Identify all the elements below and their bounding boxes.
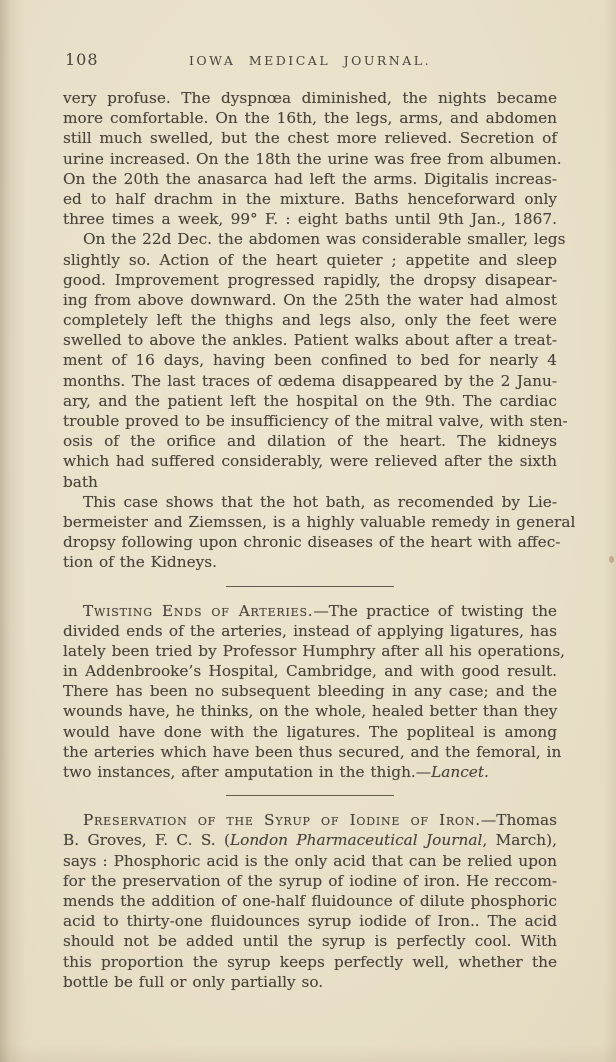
citation-italic: London Pharmaceutical Journal [230,831,482,849]
paragraph: Preservation of the Syrup of Iodine of I… [63,810,557,992]
section-divider [226,586,394,587]
text-line: this proportion the syrup keeps perfectl… [63,952,557,972]
text-line: the arteries which have been thus secure… [63,742,557,762]
article-lead-in: Twisting Ends of Arteries. [83,602,313,620]
citation-italic: Lancet. [431,763,489,781]
paragraph: On the 22d Dec. the abdomen was consider… [63,229,557,491]
text-line: bottle be full or only partially so. [63,972,557,992]
article-body: very profuse. The dyspnœa diminished, th… [63,88,557,992]
text-line: urine increased. On the 18th the urine w… [63,149,557,169]
text-line: very profuse. The dyspnœa diminished, th… [63,88,557,108]
text-line: two instances, after amputation in the t… [63,762,557,782]
article-lead-in: Preservation of the Syrup of Iodine of I… [83,811,481,829]
text-line: There has been no subsequent bleeding in… [63,681,557,701]
text-line: for the preservation of the syrup of iod… [63,871,557,891]
journal-running-title: IOWA MEDICAL JOURNAL. [63,53,557,68]
text-segment: —Thomas [481,811,557,829]
text-line: still much swelled, but the chest more r… [63,128,557,148]
text-line: ed to half drachm in the mixture. Baths … [63,189,557,209]
text-line: On the 20th the anasarca had left the ar… [63,169,557,189]
text-line: wounds have, he thinks, on the whole, he… [63,701,557,721]
text-line: trouble proved to be insufficiency of th… [63,411,557,431]
text-line: This case shows that the hot bath, as re… [63,492,557,512]
text-line: which had suffered considerably, were re… [63,451,557,471]
text-segment: B. Groves, F. C. S. ( [63,831,230,849]
text-line: ary, and the patient left the hospital o… [63,391,557,411]
text-line: Twisting Ends of Arteries.—The practice … [63,601,557,621]
text-line: lately been tried by Professor Humphry a… [63,641,557,661]
text-line: dropsy following upon chronic diseases o… [63,532,557,552]
page-header: 108 IOWA MEDICAL JOURNAL. [63,50,557,72]
text-segment: two instances, after amputation in the t… [63,763,431,781]
text-line: acid to thirty-one fluidounces syrup iod… [63,911,557,931]
section-divider [226,795,394,796]
text-line: tion of the Kidneys. [63,552,557,572]
text-line: bermeister and Ziemssen, is a highly val… [63,512,557,532]
text-line: would have done with the ligatures. The … [63,722,557,742]
text-line: On the 22d Dec. the abdomen was consider… [63,229,557,249]
text-line: should not be added until the syrup is p… [63,931,557,951]
text-line: bath [63,472,557,492]
text-line: ing from above downward. On the 25th the… [63,290,557,310]
text-line: good. Improvement progressed rapidly, th… [63,270,557,290]
text-line: ment of 16 days, having been confined to… [63,350,557,370]
text-line: months. The last traces of œdema disappe… [63,371,557,391]
paragraph: Twisting Ends of Arteries.—The practice … [63,601,557,783]
text-line: in Addenbrooke’s Hospital, Cambridge, an… [63,661,557,681]
paragraph: This case shows that the hot bath, as re… [63,492,557,573]
text-line: says : Phosphoric acid is the only acid … [63,851,557,871]
text-line: swelled to above the ankles. Patient wal… [63,330,557,350]
scanned-journal-page: 108 IOWA MEDICAL JOURNAL. very profuse. … [0,0,616,1062]
paragraph: very profuse. The dyspnœa diminished, th… [63,88,557,229]
text-line: slightly so. Action of the heart quieter… [63,250,557,270]
text-segment: , March), [482,831,557,849]
text-line: divided ends of the arteries, instead of… [63,621,557,641]
scan-artifact-speck [609,556,614,563]
text-line: more comfortable. On the 16th, the legs,… [63,108,557,128]
text-line: B. Groves, F. C. S. (London Pharmaceutic… [63,830,557,850]
text-segment: —The practice of twisting the [313,602,557,620]
text-line: three times a week, 99° F. : eight baths… [63,209,557,229]
text-line: completely left the thighs and legs also… [63,310,557,330]
text-line: mends the addition of one-half fluidounc… [63,891,557,911]
text-line: osis of the orifice and dilation of the … [63,431,557,451]
text-line: Preservation of the Syrup of Iodine of I… [63,810,557,830]
